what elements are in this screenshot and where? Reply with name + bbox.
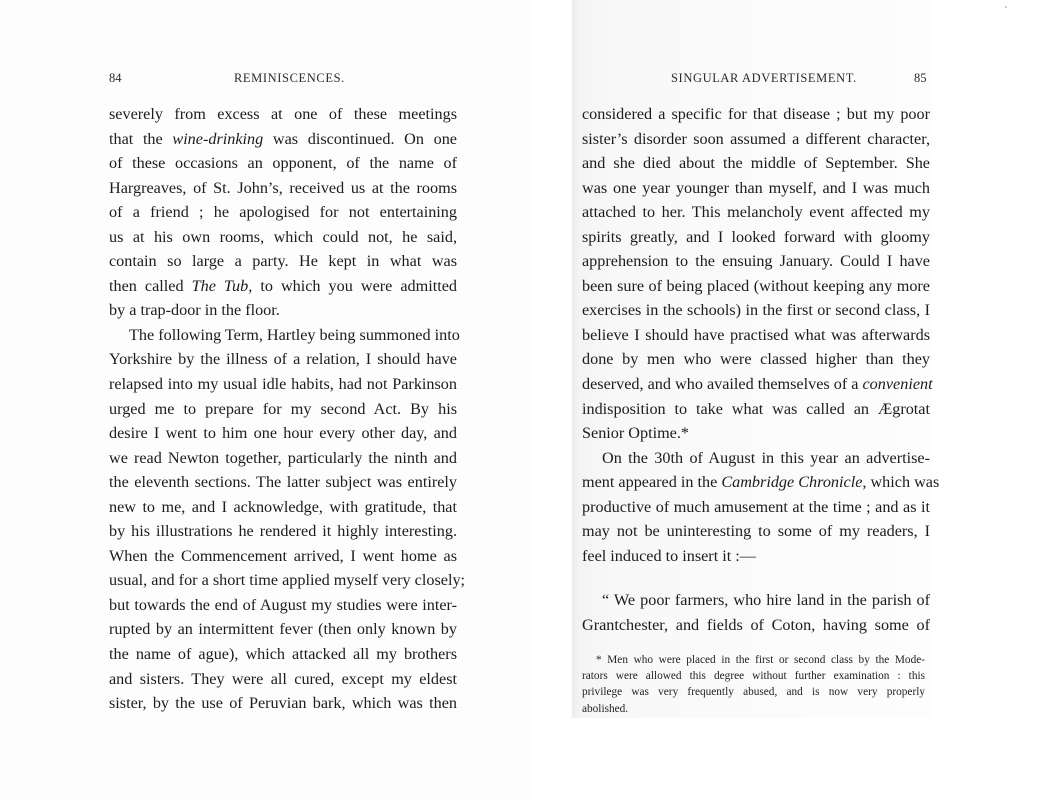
text-line: the eleventh sections. The latter subjec… xyxy=(109,470,457,495)
text-segment: spirits greatly, and I looked forward wi… xyxy=(582,228,930,246)
text-line: then called The Tub, to which you were a… xyxy=(109,274,457,299)
text-line: been sure of being placed (without keepi… xyxy=(582,274,930,299)
text-line: * Men who were placed in the first or se… xyxy=(582,652,925,668)
text-line: Senior Optime.* xyxy=(582,421,930,446)
text-segment: to which you were admitted xyxy=(252,277,457,295)
text-segment: and she died about the middle of Septemb… xyxy=(582,154,930,172)
text-segment: urged me to prepare for my second Act. B… xyxy=(109,400,457,418)
text-line: sister’s disorder soon assumed a differe… xyxy=(582,127,930,152)
running-head-left: REMINISCENCES. xyxy=(234,71,345,89)
right-page: SINGULAR ADVERTISEMENT. 85 considered a … xyxy=(531,0,1063,800)
text-segment: When the Commencement arrived, I went ho… xyxy=(109,547,457,565)
text-line: the name of ague), which attacked all my… xyxy=(109,642,457,667)
text-line: may not be uninteresting to some of my r… xyxy=(582,519,930,544)
text-line: attached to her. This melancholy event a… xyxy=(582,200,930,225)
text-segment: Hargreaves, of St. John’s, received us a… xyxy=(109,179,457,197)
text-segment: was discontinued. On one xyxy=(263,130,457,148)
text-segment: productive of much amusement at the time… xyxy=(582,498,930,516)
text-segment: attached to her. This melancholy event a… xyxy=(582,203,930,221)
text-line: believe I should have practised what was… xyxy=(582,323,930,348)
text-segment: Grantchester, and fields of Coton, havin… xyxy=(582,616,930,634)
right-page-body-text: considered a specific for that disease ;… xyxy=(582,102,930,568)
text-segment: believe I should have practised what was… xyxy=(582,326,930,344)
left-page-body-text: severely from excess at one of these mee… xyxy=(109,102,457,716)
text-segment: the name of ague), which attacked all my… xyxy=(109,645,457,663)
text-segment: and sisters. They were all cured, except… xyxy=(109,670,457,688)
text-line: ment appeared in the Cambridge Chronicle… xyxy=(582,470,930,495)
text-segment: then called xyxy=(109,277,192,295)
running-head-right: SINGULAR ADVERTISEMENT. xyxy=(671,71,857,89)
text-line: apprehension to the ensuing January. Cou… xyxy=(582,249,930,274)
text-line: indisposition to take what was called an… xyxy=(582,397,930,422)
text-segment: by his illustrations he rendered it high… xyxy=(109,522,457,540)
quoted-advertisement: “ We poor farmers, who hire land in the … xyxy=(582,588,930,637)
text-line: usual, and for a short time applied myse… xyxy=(109,568,457,593)
text-segment: The following Term, Hartley being summon… xyxy=(129,326,460,344)
text-line: that the wine-drinking was discontinued.… xyxy=(109,127,457,152)
text-line: The following Term, Hartley being summon… xyxy=(109,323,457,348)
text-segment: “ We poor farmers, who hire land in the … xyxy=(602,591,930,609)
left-page: 84 REMINISCENCES. severely from excess a… xyxy=(0,0,531,800)
text-line: new to me, and I acknowledge, with grati… xyxy=(109,495,457,520)
text-line: spirits greatly, and I looked forward wi… xyxy=(582,225,930,250)
text-line: rupted by an intermittent fever (then on… xyxy=(109,617,457,642)
text-segment: sister’s disorder soon assumed a differe… xyxy=(582,130,930,148)
text-segment: the eleventh sections. The latter subjec… xyxy=(109,473,457,491)
text-segment: exercises in the schools) in the first o… xyxy=(582,301,930,319)
text-segment: Yorkshire by the illness of a relation, … xyxy=(109,350,457,368)
text-line: On the 30th of August in this year an ad… xyxy=(582,446,930,471)
text-segment: contain so large a party. He kept in wha… xyxy=(109,252,457,270)
text-segment: Senior Optime.* xyxy=(582,424,689,442)
text-segment: may not be uninteresting to some of my r… xyxy=(582,522,930,540)
text-segment: considered a specific for that disease ;… xyxy=(582,105,930,123)
page-number-right: 85 xyxy=(914,71,927,86)
text-line: by a trap-door in the floor. xyxy=(109,298,457,323)
text-line: privilege was very frequently abused, an… xyxy=(582,684,925,700)
text-line: urged me to prepare for my second Act. B… xyxy=(109,397,457,422)
italic-text: wine-drinking xyxy=(172,130,263,148)
text-line: of these occasions an opponent, of the n… xyxy=(109,151,457,176)
scan-speck xyxy=(1005,6,1007,8)
text-segment: On the 30th of August in this year an ad… xyxy=(602,449,930,467)
text-line: severely from excess at one of these mee… xyxy=(109,102,457,127)
text-line: productive of much amusement at the time… xyxy=(582,495,930,520)
text-segment: ment appeared in the xyxy=(582,473,721,491)
footnote: * Men who were placed in the first or se… xyxy=(582,652,925,717)
text-line: “ We poor farmers, who hire land in the … xyxy=(582,588,930,613)
italic-text: convenient xyxy=(862,375,932,393)
text-line: Grantchester, and fields of Coton, havin… xyxy=(582,613,930,638)
italic-text: Cambridge Chronicle, xyxy=(721,473,866,491)
text-segment: severely from excess at one of these mee… xyxy=(109,105,457,123)
text-segment: us at his own rooms, which could not, he… xyxy=(109,228,457,246)
text-segment: but towards the end of August my studies… xyxy=(109,596,457,614)
text-segment: deserved, and who availed themselves of … xyxy=(582,375,862,393)
text-segment: that the xyxy=(109,130,172,148)
text-segment: sister, by the use of Peruvian bark, whi… xyxy=(109,694,457,712)
text-line: deserved, and who availed themselves of … xyxy=(582,372,930,397)
text-line: Yorkshire by the illness of a relation, … xyxy=(109,347,457,372)
text-line: desire I went to him one hour every othe… xyxy=(109,421,457,446)
text-segment: apprehension to the ensuing January. Cou… xyxy=(582,252,930,270)
text-line: and she died about the middle of Septemb… xyxy=(582,151,930,176)
text-segment: we read Newton together, particularly th… xyxy=(109,449,457,467)
text-line: When the Commencement arrived, I went ho… xyxy=(109,544,457,569)
text-line: exercises in the schools) in the first o… xyxy=(582,298,930,323)
text-segment: of a friend ; he apologised for not ente… xyxy=(109,203,457,221)
text-line: of a friend ; he apologised for not ente… xyxy=(109,200,457,225)
text-segment: indisposition to take what was called an… xyxy=(582,400,930,418)
text-line: and sisters. They were all cured, except… xyxy=(109,667,457,692)
page-number-left: 84 xyxy=(109,71,122,86)
text-line: contain so large a party. He kept in wha… xyxy=(109,249,457,274)
text-line: done by men who were classed higher than… xyxy=(582,347,930,372)
text-segment: feel induced to insert it :— xyxy=(582,547,756,565)
text-segment: of these occasions an opponent, of the n… xyxy=(109,154,457,172)
text-segment: relapsed into my usual idle habits, had … xyxy=(109,375,457,393)
text-line: us at his own rooms, which could not, he… xyxy=(109,225,457,250)
text-line: abolished. xyxy=(582,701,925,717)
text-line: we read Newton together, particularly th… xyxy=(109,446,457,471)
text-line: sister, by the use of Peruvian bark, whi… xyxy=(109,691,457,716)
text-line: but towards the end of August my studies… xyxy=(109,593,457,618)
text-segment: done by men who were classed higher than… xyxy=(582,350,930,368)
text-line: by his illustrations he rendered it high… xyxy=(109,519,457,544)
text-segment: which was xyxy=(866,473,939,491)
text-segment: been sure of being placed (without keepi… xyxy=(582,277,930,295)
text-segment: rupted by an intermittent fever (then on… xyxy=(109,620,457,638)
text-segment: new to me, and I acknowledge, with grati… xyxy=(109,498,457,516)
text-segment: by a trap-door in the floor. xyxy=(109,301,280,319)
text-segment: usual, and for a short time applied myse… xyxy=(109,571,465,589)
text-line: relapsed into my usual idle habits, had … xyxy=(109,372,457,397)
text-line: considered a specific for that disease ;… xyxy=(582,102,930,127)
text-segment: was one year younger than myself, and I … xyxy=(582,179,930,197)
text-line: was one year younger than myself, and I … xyxy=(582,176,930,201)
text-segment: desire I went to him one hour every othe… xyxy=(109,424,457,442)
text-line: Hargreaves, of St. John’s, received us a… xyxy=(109,176,457,201)
text-line: feel induced to insert it :— xyxy=(582,544,930,569)
italic-text: The Tub, xyxy=(192,277,253,295)
text-line: rators were allowed this degree without … xyxy=(582,668,925,684)
